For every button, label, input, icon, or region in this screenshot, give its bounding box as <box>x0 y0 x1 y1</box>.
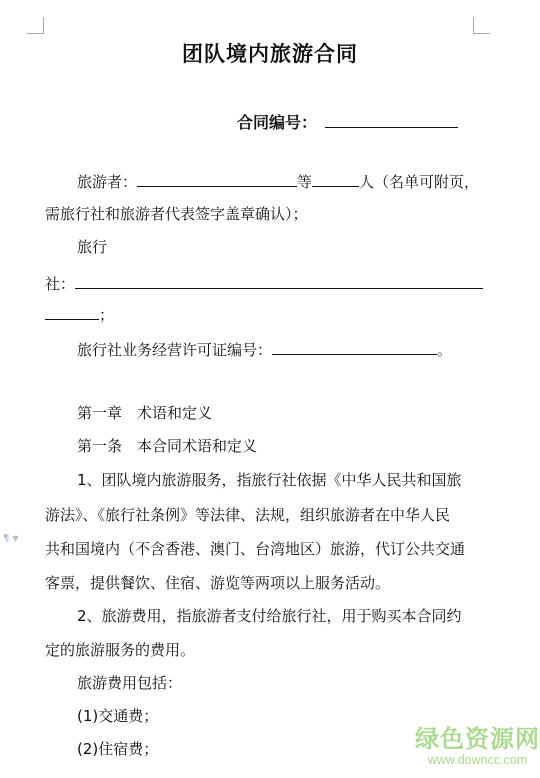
watermark-url: www.downcc.com <box>415 753 540 767</box>
contract-number-blank[interactable] <box>325 113 458 128</box>
agency-line-2: ； <box>45 303 114 325</box>
tourist-count-blank[interactable] <box>312 170 359 187</box>
tourist-middle: 等 <box>297 173 312 191</box>
contract-number: 合同编号： <box>237 110 458 133</box>
license-blank[interactable] <box>272 338 437 355</box>
watermark-name: 绿色资源网 <box>415 725 540 753</box>
para1-line-1: 1、团队境内旅游服务，指旅行社依据《中华人民共和国旅 <box>77 470 462 490</box>
page-corner-mark-top-right <box>473 17 490 34</box>
tourist-line-2: 需旅行社和旅游者代表签字盖章确认）； <box>45 204 308 224</box>
marker-arrow-icon: ▼ <box>12 534 18 543</box>
agency-blank-2[interactable] <box>45 303 99 320</box>
fees-heading: 旅游费用包括： <box>77 673 182 693</box>
para1-line-4: 客票，提供餐饮、住宿、游览等两项以上服务活动。 <box>45 573 390 593</box>
tourist-name-blank[interactable] <box>137 170 297 187</box>
article-heading: 第一条 本合同术语和定义 <box>77 436 257 456</box>
tourist-line: 旅游者：等人（名单可附页， <box>77 170 479 192</box>
agency-label-2: 社： <box>45 275 75 293</box>
fee-item-2: (2)住宿费； <box>77 739 158 759</box>
para1-line-3: 共和国境内（不含香港、澳门、台湾地区）旅游，代订公共交通 <box>45 539 465 559</box>
chapter-heading: 第一章 术语和定义 <box>77 403 212 423</box>
agency-line: 社： <box>45 272 483 294</box>
agency-label-1: 旅行 <box>77 237 107 257</box>
license-end: 。 <box>437 341 452 359</box>
paragraph-anchor-icon[interactable]: ¶▼ <box>3 533 19 544</box>
page-corner-mark-top-left <box>27 17 44 34</box>
contract-number-label: 合同编号： <box>237 113 317 132</box>
agency-end: ； <box>99 306 114 324</box>
document-title: 团队境内旅游合同 <box>0 38 540 68</box>
agency-blank[interactable] <box>75 272 483 289</box>
para2-line-2: 定的旅游服务的费用。 <box>45 640 195 660</box>
para1-line-2: 游法》、《旅行社条例》等法律、法规，组织旅游者在中华人民 <box>45 505 450 525</box>
license-line: 旅行社业务经营许可证编号：。 <box>77 338 452 360</box>
tourist-label: 旅游者： <box>77 173 137 191</box>
tourist-after: 人（名单可附页， <box>359 173 479 191</box>
license-label: 旅行社业务经营许可证编号： <box>77 341 272 359</box>
fee-item-1: (1)交通费； <box>77 706 158 726</box>
para2-line-1: 2、旅游费用，指旅游者支付给旅行社，用于购买本合同约 <box>77 606 462 626</box>
watermark: 绿色资源网 www.downcc.com <box>415 725 540 767</box>
